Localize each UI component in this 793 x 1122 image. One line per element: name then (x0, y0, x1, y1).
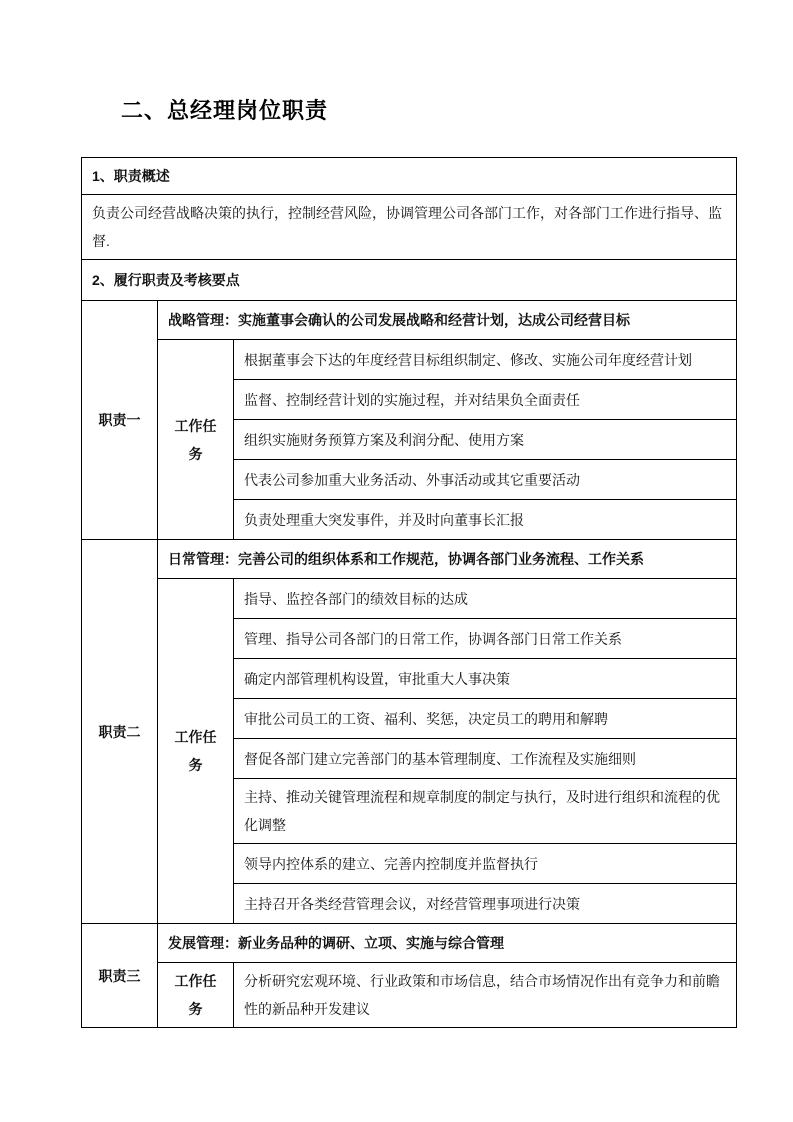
task-cell: 根据董事会下达的年度经营目标组织制定、修改、实施公司年度经营计划 (234, 340, 737, 380)
overview-heading-cell: 1、职责概述 (82, 158, 737, 195)
task-cell: 领导内控体系的建立、完善内控制度并监督执行 (234, 844, 737, 884)
table-row: 负责公司经营战略决策的执行，控制经营风险，协调管理公司各部门工作，对各部门工作进… (82, 195, 737, 260)
duty-table: 1、职责概述负责公司经营战略决策的执行，控制经营风险，协调管理公司各部门工作，对… (81, 157, 737, 1028)
table-row: 工作任务根据董事会下达的年度经营目标组织制定、修改、实施公司年度经营计划 (82, 340, 737, 380)
task-cell: 督促各部门建立完善部门的基本管理制度、工作流程及实施细则 (234, 739, 737, 779)
duty-name-cell: 职责二 (82, 540, 158, 924)
task-cell: 主持召开各类经营管理会议，对经营管理事项进行决策 (234, 884, 737, 924)
overview-text-cell: 负责公司经营战略决策的执行，控制经营风险，协调管理公司各部门工作，对各部门工作进… (82, 195, 737, 260)
table-row: 2、履行职责及考核要点 (82, 260, 737, 301)
duties-heading-cell: 2、履行职责及考核要点 (82, 260, 737, 301)
document-page: 二、总经理岗位职责 1、职责概述负责公司经营战略决策的执行，控制经营风险，协调管… (0, 0, 793, 1122)
table-row: 职责二日常管理：完善公司的组织体系和工作规范，协调各部门业务流程、工作关系 (82, 540, 737, 579)
table-row: 工作任务指导、监控各部门的绩效目标的达成 (82, 579, 737, 619)
task-cell: 确定内部管理机构设置，审批重大人事决策 (234, 659, 737, 699)
duty-name-cell: 职责一 (82, 301, 158, 540)
task-cell: 分析研究宏观环境、行业政策和市场信息，结合市场情况作出有竞争力和前瞻性的新品种开… (234, 963, 737, 1028)
section-header-cell: 战略管理：实施董事会确认的公司发展战略和经营计划，达成公司经营目标 (158, 301, 737, 340)
section-header-cell: 发展管理：新业务品种的调研、立项、实施与综合管理 (158, 924, 737, 963)
task-cell: 负责处理重大突发事件，并及时向董事长汇报 (234, 500, 737, 540)
duty-name-cell: 职责三 (82, 924, 158, 1028)
task-cell: 指导、监控各部门的绩效目标的达成 (234, 579, 737, 619)
table-row: 1、职责概述 (82, 158, 737, 195)
table-row: 职责三发展管理：新业务品种的调研、立项、实施与综合管理 (82, 924, 737, 963)
duty-table-body: 1、职责概述负责公司经营战略决策的执行，控制经营风险，协调管理公司各部门工作，对… (82, 158, 737, 1028)
section-header-cell: 日常管理：完善公司的组织体系和工作规范，协调各部门业务流程、工作关系 (158, 540, 737, 579)
task-cell: 组织实施财务预算方案及利润分配、使用方案 (234, 420, 737, 460)
task-cell: 管理、指导公司各部门的日常工作，协调各部门日常工作关系 (234, 619, 737, 659)
task-label-cell: 工作任务 (158, 963, 234, 1028)
document-title: 二、总经理岗位职责 (121, 94, 328, 125)
task-cell: 主持、推动关键管理流程和规章制度的制定与执行，及时进行组织和流程的优化调整 (234, 779, 737, 844)
table-row: 工作任务分析研究宏观环境、行业政策和市场信息，结合市场情况作出有竞争力和前瞻性的… (82, 963, 737, 1028)
table-row: 职责一战略管理：实施董事会确认的公司发展战略和经营计划，达成公司经营目标 (82, 301, 737, 340)
task-label-cell: 工作任务 (158, 579, 234, 924)
task-label-cell: 工作任务 (158, 340, 234, 540)
task-cell: 监督、控制经营计划的实施过程，并对结果负全面责任 (234, 380, 737, 420)
task-cell: 审批公司员工的工资、福利、奖惩，决定员工的聘用和解聘 (234, 699, 737, 739)
task-cell: 代表公司参加重大业务活动、外事活动或其它重要活动 (234, 460, 737, 500)
